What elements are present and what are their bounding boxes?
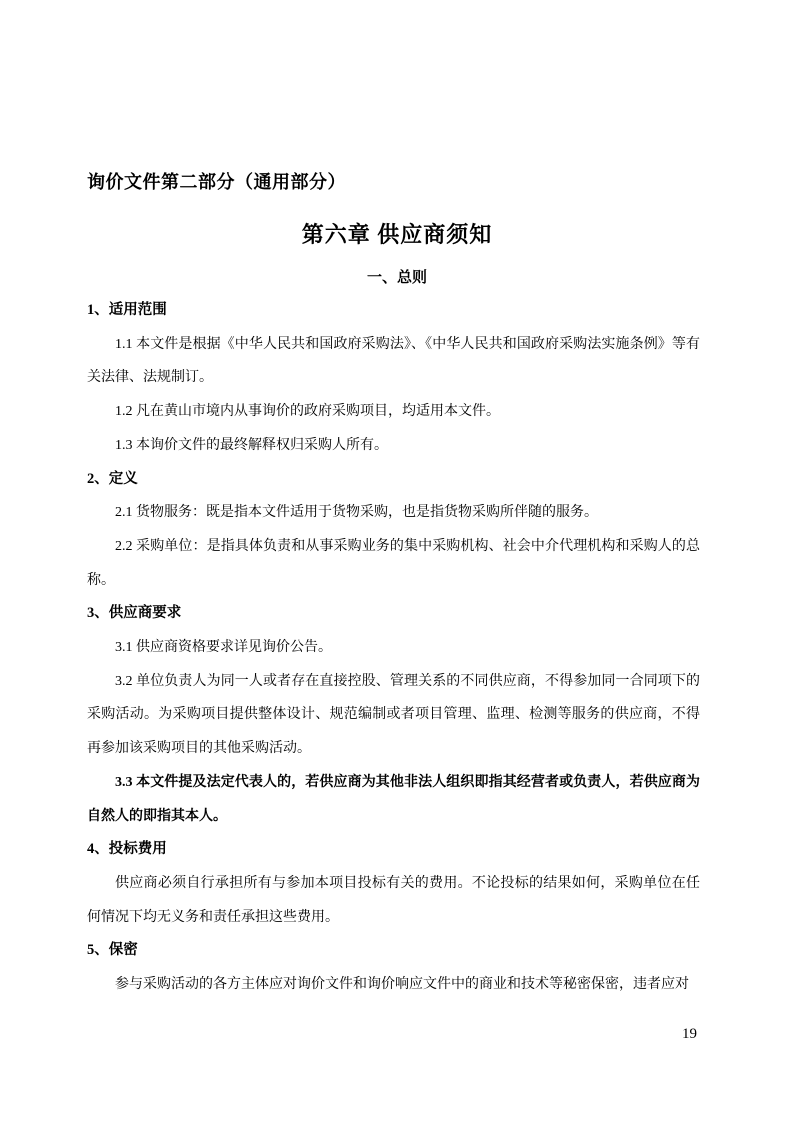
part-title: 一、总则 xyxy=(0,266,794,287)
paragraph-3-2: 3.2 单位负责人为同一人或者存在直接控股、管理关系的不同供应商，不得参加同一合… xyxy=(87,665,700,766)
doc-title: 询价文件第二部分（通用部分） xyxy=(87,168,346,194)
chapter-title: 第六章 供应商须知 xyxy=(0,218,794,249)
paragraph-3-3: 3.3 本文件提及法定代表人的，若供应商为其他非法人组织即指其经营者或负责人，若… xyxy=(87,766,700,833)
paragraph-1-2: 1.2 凡在黄山市境内从事询价的政府采购项目，均适用本文件。 xyxy=(87,395,700,429)
paragraph-1-1: 1.1 本文件是根据《中华人民共和国政府采购法》、《中华人民共和国政府采购法实施… xyxy=(87,328,700,395)
paragraph-5-1: 参与采购活动的各方主体应对询价文件和询价响应文件中的商业和技术等秘密保密，违者应… xyxy=(87,968,700,1002)
section-heading-5: 5、保密 xyxy=(87,934,700,968)
paragraph-2-1: 2.1 货物服务：既是指本文件适用于货物采购，也是指货物采购所伴随的服务。 xyxy=(87,496,700,530)
page-number: 19 xyxy=(682,1026,697,1043)
section-heading-1: 1、适用范围 xyxy=(87,294,700,328)
paragraph-3-1: 3.1 供应商资格要求详见询价公告。 xyxy=(87,631,700,665)
section-heading-3: 3、供应商要求 xyxy=(87,597,700,631)
paragraph-2-2: 2.2 采购单位：是指具体负责和从事采购业务的集中采购机构、社会中介代理机构和采… xyxy=(87,530,700,597)
paragraph-4-1: 供应商必须自行承担所有与参加本项目投标有关的费用。不论投标的结果如何，采购单位在… xyxy=(87,867,700,934)
section-heading-2: 2、定义 xyxy=(87,463,700,497)
document-page: 询价文件第二部分（通用部分） 第六章 供应商须知 一、总则 1、适用范围 1.1… xyxy=(0,0,794,1122)
document-body: 1、适用范围 1.1 本文件是根据《中华人民共和国政府采购法》、《中华人民共和国… xyxy=(87,294,700,1002)
section-heading-4: 4、投标费用 xyxy=(87,833,700,867)
paragraph-1-3: 1.3 本询价文件的最终解释权归采购人所有。 xyxy=(87,429,700,463)
